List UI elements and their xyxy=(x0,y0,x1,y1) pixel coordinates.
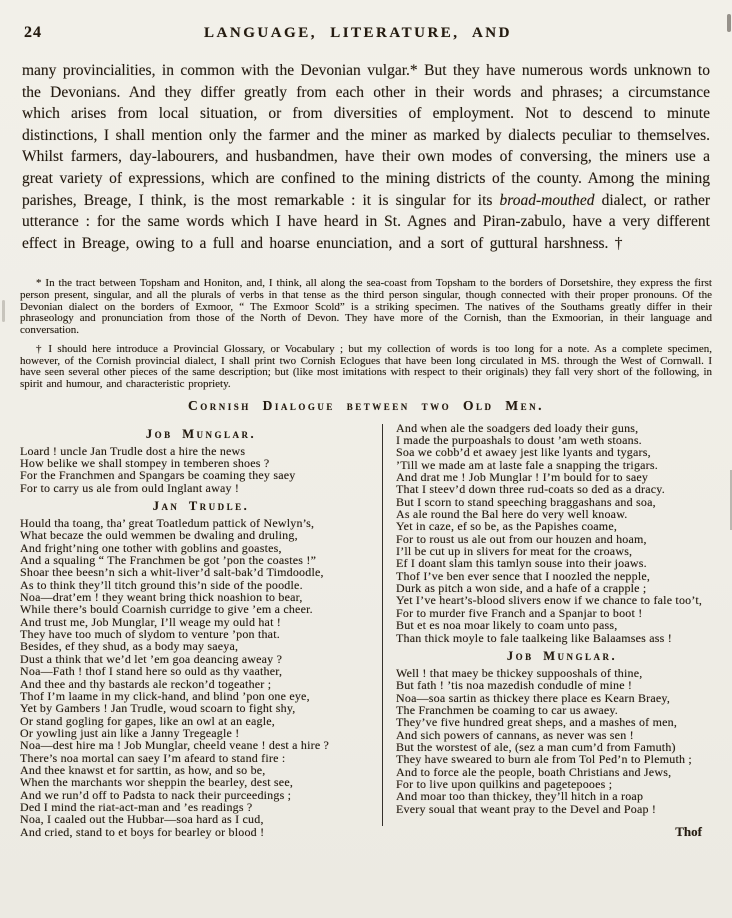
footnote-asterisk: * In the tract between Topsham and Honit… xyxy=(20,278,712,337)
dialogue-right-verse: And when ale the soadgers ded loady thei… xyxy=(396,422,728,815)
verse-line: But fath ! ’tis noa mazedish condudle of… xyxy=(396,679,728,691)
verse-line: Than thick moyle to fale taalkeing like … xyxy=(396,632,728,644)
verse-line: Noa—Fath ! thof I stand here so ould as … xyxy=(20,665,382,677)
verse-line: For the Franchmen and Spangars be coamin… xyxy=(20,469,382,481)
verse-line: Ef I doant slam this tamlyn souse into t… xyxy=(396,557,728,569)
verse-line: Yet by Gambers ! Jan Trudle, woud scoarn… xyxy=(20,702,382,714)
verse-line: That I steev’d down three rud-coats so d… xyxy=(396,483,728,495)
verse-line: Yet I’ve heart’s-blood slivers enow if w… xyxy=(396,594,728,606)
verse-line: Soa we cobb’d et awaey jest like lyants … xyxy=(396,446,728,458)
footnote-dagger: † I should here introduce a Provincial G… xyxy=(20,344,712,391)
dialogue-left-column: Job Munglar.Loard ! uncle Jan Trudle dos… xyxy=(20,422,382,840)
verse-line: Shoar thee beesn’n sich a whit-liver’d s… xyxy=(20,566,382,578)
speaker-heading: Job Munglar. xyxy=(396,649,728,664)
dialogue-title: Cornish Dialogue between two Old Men. xyxy=(0,398,732,414)
speaker-heading: Jan Trudle. xyxy=(20,499,382,514)
page-number: 24 xyxy=(24,24,42,42)
verse-line: For to carry us ale from ould Inglant aw… xyxy=(20,482,382,494)
verse-line: But et es noa moar likely to coam unto p… xyxy=(396,619,728,631)
text-segment: broad-mouthed xyxy=(500,192,595,209)
footnotes-section: * In the tract between Topsham and Honit… xyxy=(20,278,712,390)
verse-line: They’ve five hundred great sheps, and a … xyxy=(396,716,728,728)
verse-line: And moar too than thickey, they’ll hitch… xyxy=(396,790,728,802)
scan-artifact xyxy=(2,300,5,322)
dialogue-right-column: And when ale the soadgers ded loady thei… xyxy=(383,422,732,840)
verse-line: Every soual that weant pray to the Devel… xyxy=(396,803,728,815)
main-paragraph: many provincialities, in common with the… xyxy=(22,60,710,254)
page-header: 24 LANGUAGE, LITERATURE, AND xyxy=(0,0,732,42)
verse-line: Besides, ef they shud, as a body may sae… xyxy=(20,640,382,652)
catchword: Thof xyxy=(396,824,728,840)
verse-line: And cried, stand to et boys for bearley … xyxy=(20,826,382,838)
verse-line: And thee and thy bastards ale reckon’d t… xyxy=(20,678,382,690)
verse-line: When the marchants wor sheppin the bearl… xyxy=(20,776,382,788)
text-segment: many provincialities, in common with the… xyxy=(22,62,710,209)
verse-line: Noa, I caaled out the Hubbar—soa hard as… xyxy=(20,813,382,825)
book-page: 24 LANGUAGE, LITERATURE, AND many provin… xyxy=(0,0,732,918)
verse-line: Yet in caze, ef so be, as the Papishes c… xyxy=(396,520,728,532)
verse-line: Noa—dest hire ma ! Job Munglar, cheeld v… xyxy=(20,739,382,751)
verse-line: What becaze the ould wemmen be dwaling a… xyxy=(20,529,382,541)
verse-line: They have sweared to burn ale from Tol P… xyxy=(396,753,728,765)
running-header: LANGUAGE, LITERATURE, AND xyxy=(42,25,674,42)
verse-line: While there’s bould Coarnish curridge to… xyxy=(20,603,382,615)
speaker-heading: Job Munglar. xyxy=(20,427,382,442)
dialogue-columns: Job Munglar.Loard ! uncle Jan Trudle dos… xyxy=(20,422,732,840)
